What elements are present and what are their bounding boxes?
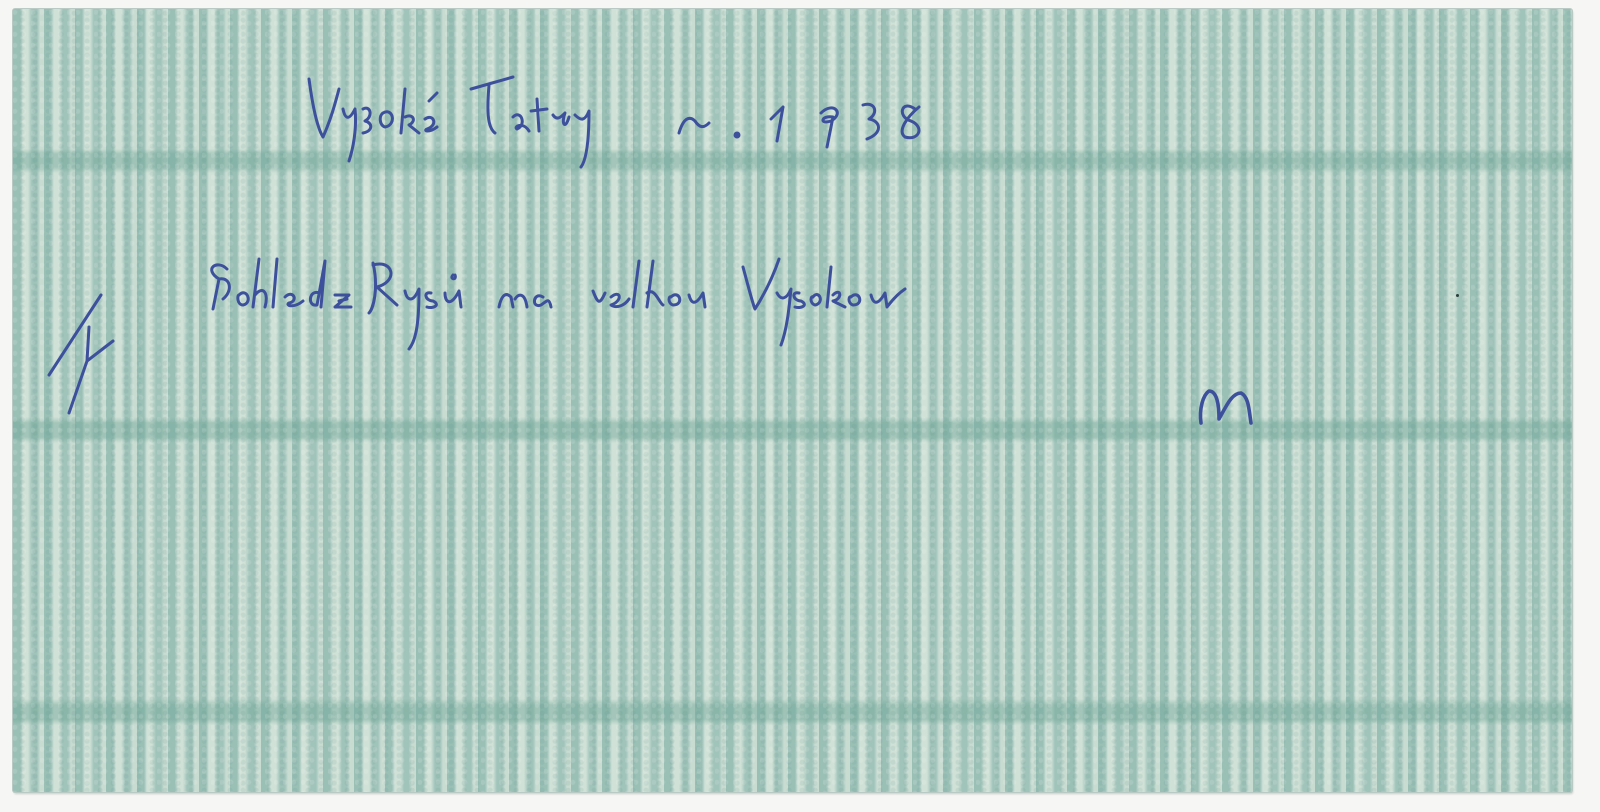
scanned-postcard-back: Vysoké Tatry r. 1938 Pohled z Rysů na ve… <box>0 0 1600 812</box>
dust-speck <box>1456 294 1459 297</box>
postcard: Vysoké Tatry r. 1938 Pohled z Rysů na ve… <box>13 9 1572 792</box>
